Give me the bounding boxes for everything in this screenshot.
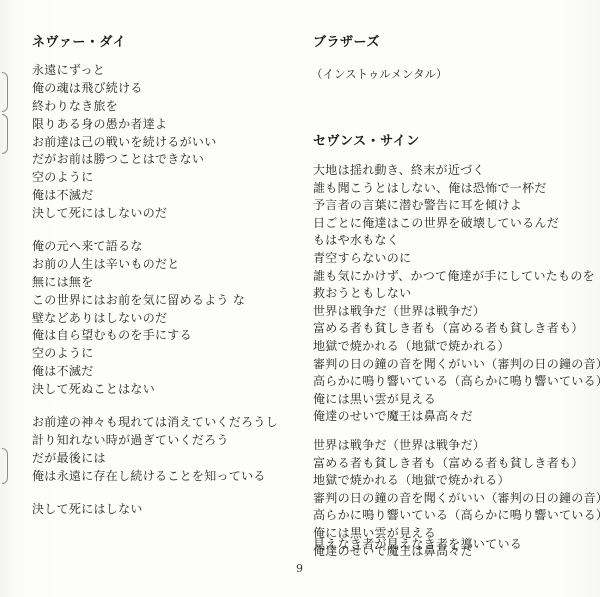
lyric-line: 俺達のせいで魔王は鼻高々だ [313,408,600,426]
lyric-line: この世界にはお前を気に留めるよう な [32,292,245,310]
lyric-line: 救おうともしない [313,285,600,303]
lyric-line: 俺は不滅だ [32,187,217,205]
lyric-line: 富める者も貧しき者も（富める者も貧しき者も） [313,320,600,338]
lyric-line: 世界は戦争だ（世界は戦争だ） [313,437,600,455]
lyric-line: 高らかに鳴り響いている（高らかに鳴り響いている） [313,507,600,525]
stanza: 俺の元へ来て語るな お前の人生は辛いものだと 無には無を この世界にはお前を気に… [32,238,245,399]
lyric-line: 限りある身の愚か者達よ [32,116,217,134]
lyric-line: 青空すらないのに [313,250,600,268]
lyric-line: 世界は戦争だ（世界は戦争だ） [313,303,600,321]
lyric-line: 審判の日の鐘の音を聞くがいい（審判の日の鐘の音） [313,356,600,374]
lyric-line: 富める者も貧しき者も（富める者も貧しき者も） [313,455,600,473]
lyric-line: 高らかに鳴り響いている（高らかに鳴り響いている） [313,373,600,391]
stanza: お前達の神々も現れては消えていくだろうし 計り知れない時が過ぎていくだろう だが… [32,414,278,486]
lyric-line: 永遠にずっと [32,62,217,80]
page-number: 9 [296,562,303,575]
lyric-line: 俺の魂は飛び続ける [32,80,217,98]
binding-mark [2,72,8,112]
lyric-line: 終わりなき旅を [32,98,217,116]
lyric-line: 日ごとに俺達はこの世界を破壊しているんだ [313,215,600,233]
lyric-line: 俺は永遠に存在し続けることを知っている [32,468,278,486]
lyric-line: お前達は己の戦いを続けるがいい [32,134,217,152]
lyric-line: 見えなき者が見えなき者を導いている [313,536,522,554]
lyric-line: 俺には黒い雲が見える [313,391,600,409]
lyric-line: 地獄で焼かれる（地獄で焼かれる） [313,338,600,356]
lyric-line: 空のように [32,169,217,187]
stanza: 決して死にはしない [32,501,143,519]
lyric-line: だが最後には [32,450,278,468]
lyric-line: お前の人生は辛いものだと [32,256,245,274]
stanza: 永遠にずっと 俺の魂は飛び続ける 終わりなき旅を 限りある身の愚か者達よ お前達… [32,62,217,223]
stanza: 見えなき者が見えなき者を導いている [313,536,522,554]
lyric-line: 地獄で焼かれる（地獄で焼かれる） [313,472,600,490]
lyric-line: 壁などありはしないのだ [32,310,245,328]
binding-mark [2,448,8,484]
lyric-line: 審判の日の鐘の音を聞くがいい（審判の日の鐘の音） [313,490,600,508]
binding-mark [2,114,8,154]
lyric-line: 無には無を [32,274,245,292]
lyric-line: 俺は自ら望むものを手にする [32,327,245,345]
lyric-line: 誰も気にかけず、かつて俺達が手にしていたものを [313,268,600,286]
lyric-line: 誰も聞こうとはしない、俺は恐怖で一杯だ [313,180,600,198]
lyric-line: 決して死にはしないのだ [32,205,217,223]
lyric-line: 決して死にはしない [32,501,143,519]
lyric-line: 予言者の言葉に潜む警告に耳を傾けよ [313,197,600,215]
stanza: 大地は揺れ動き、終末が近づく 誰も聞こうとはしない、俺は恐怖で一杯だ 予言者の言… [313,162,600,426]
lyric-line: 俺の元へ来て語るな [32,238,245,256]
lyric-line: 計り知れない時が過ぎていくだろう [32,432,278,450]
lyric-line: だがお前は勝つことはできない [32,151,217,169]
lyric-line: お前達の神々も現れては消えていくだろうし [32,414,278,432]
song-title: ネヴァー・ダイ [32,31,126,50]
song-subtitle: （インストゥルメンタル） [311,66,448,82]
lyric-line: 空のように [32,345,245,363]
song-title: ブラザーズ [313,31,380,50]
song-title: セヴンス・サイン [313,130,420,149]
lyric-line: 俺は不滅だ [32,363,245,381]
lyric-line: 決して死ぬことはない [32,381,245,399]
lyric-line: もはや水もなく [313,232,600,250]
lyric-line: 大地は揺れ動き、終末が近づく [313,162,600,180]
lyrics-booklet-page: ネヴァー・ダイ 永遠にずっと 俺の魂は飛び続ける 終わりなき旅を 限りある身の愚… [0,0,600,597]
